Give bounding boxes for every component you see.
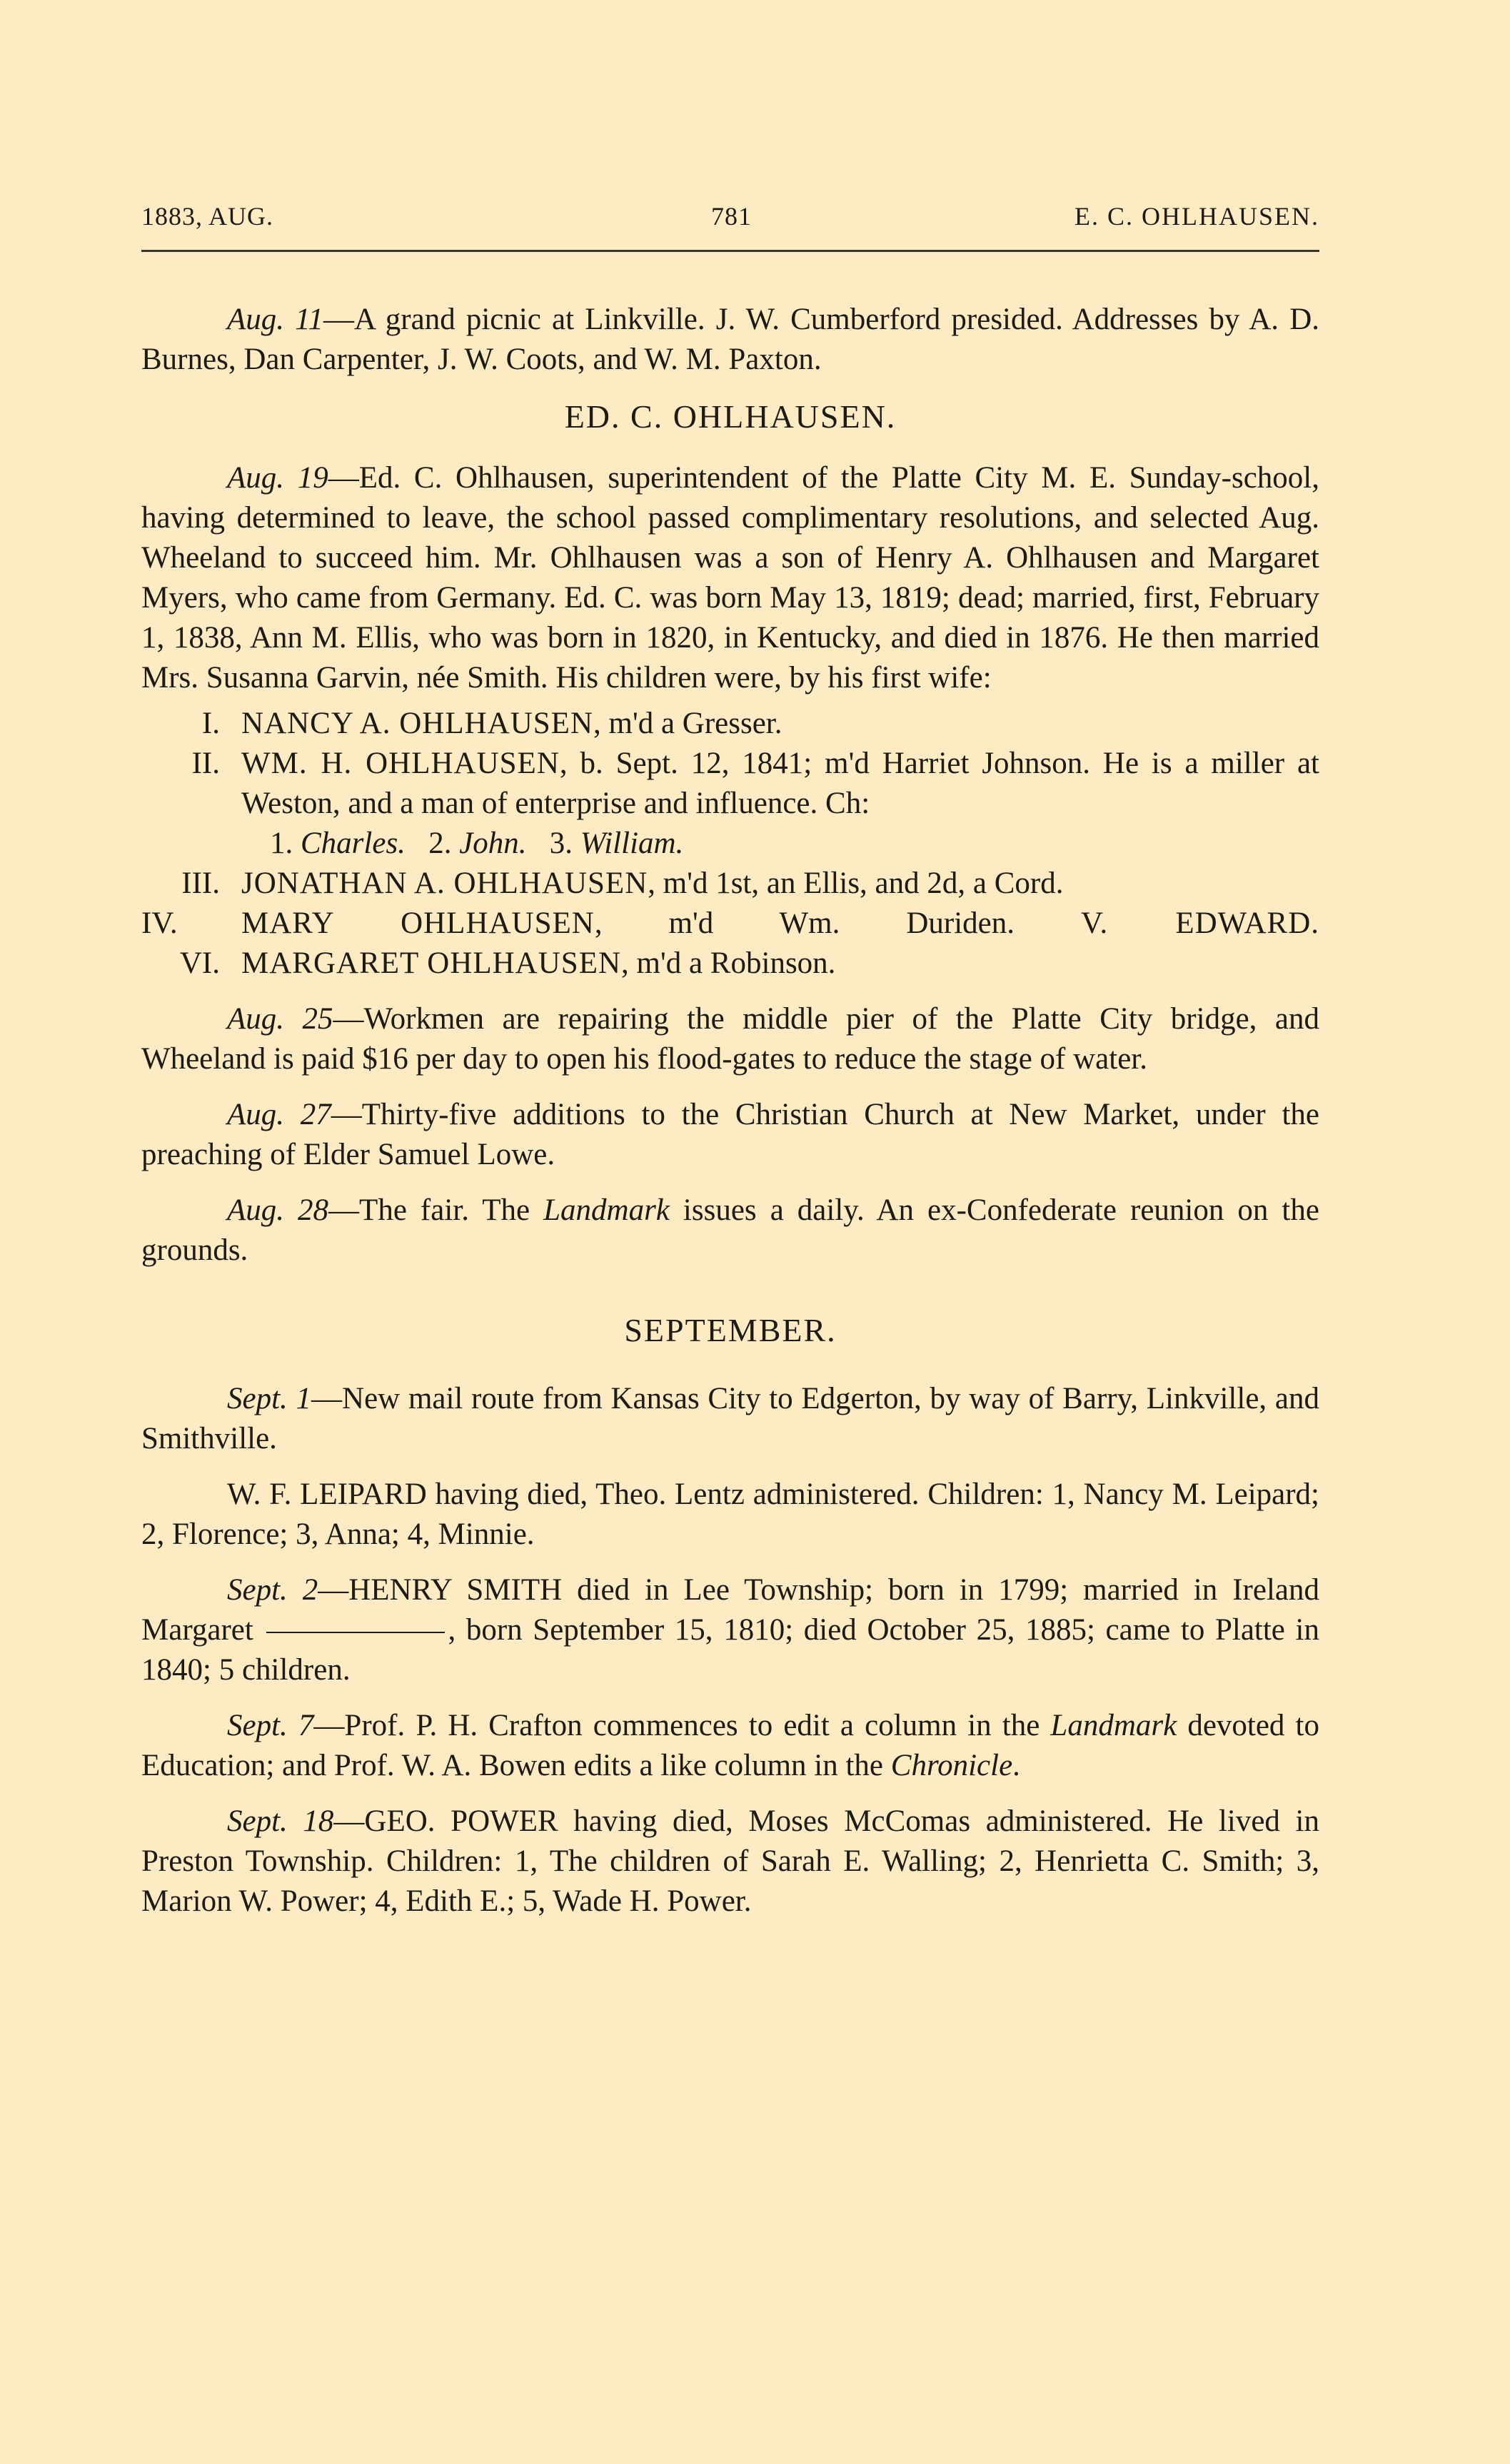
grandchild-number: 3.	[550, 827, 573, 860]
entry-date: Sept. 7	[227, 1709, 313, 1742]
entry-text: —Prof. P. H. Crafton commences to edit a…	[313, 1709, 1050, 1742]
newspaper-title: Chronicle	[891, 1749, 1012, 1782]
child-numeral: IV.	[141, 904, 220, 944]
header-rule	[141, 250, 1319, 252]
child-text: , m'd 1st, an Ellis, and 2d, a Cord.	[648, 867, 1063, 900]
entry-aug-11: Aug. 11—A grand picnic at Linkville. J. …	[141, 300, 1319, 380]
page-body: Aug. 11—A grand picnic at Linkville. J. …	[141, 300, 1319, 1937]
running-head-title: E. C. OHLHAUSEN.	[1074, 201, 1319, 231]
entry-date: Sept. 18	[227, 1804, 333, 1838]
entry-date: Aug. 27	[227, 1098, 331, 1131]
entry-date: Aug. 19	[227, 461, 328, 495]
section-heading-ohlhausen: ED. C. OHLHAUSEN.	[141, 397, 1319, 437]
child-item: II.WM. H. OHLHAUSEN, b. Sept. 12, 1841; …	[141, 744, 1319, 864]
entry-leipard: W. F. LEIPARD having died, Theo. Lentz a…	[141, 1475, 1319, 1555]
child-name: NANCY A. OHLHAUSEN	[241, 707, 593, 740]
entry-aug-19: Aug. 19—Ed. C. Ohlhausen, superintendent…	[141, 458, 1319, 698]
grandchild-name: Charles.	[301, 827, 406, 860]
children-list: I.NANCY A. OHLHAUSEN, m'd a Gresser. II.…	[141, 704, 1319, 984]
child-name: MARGARET OHLHAUSEN	[241, 946, 621, 980]
child-numeral: I.	[141, 704, 220, 744]
entry-text: —New mail route from Kansas City to Edge…	[141, 1382, 1319, 1455]
entry-text: —The fair. The	[328, 1193, 543, 1227]
child-item: VI.MARGARET OHLHAUSEN, m'd a Robinson.	[141, 944, 1319, 984]
entry-aug-25: Aug. 25—Workmen are repairing the middle…	[141, 999, 1319, 1079]
child-numeral: VI.	[141, 944, 220, 984]
child-text: , m'd a Robinson.	[621, 946, 835, 980]
running-head: 1883, AUG. 781 E. C. OHLHAUSEN.	[141, 201, 1319, 237]
child-numeral: III.	[141, 864, 220, 904]
entry-aug-28: Aug. 28—The fair. The Landmark issues a …	[141, 1191, 1319, 1271]
entry-text: .	[1012, 1749, 1020, 1782]
grandchildren-list: 1. Charles. 2. John. 3. William.	[241, 824, 1319, 864]
child-item-edward: V. EDWARD.	[1081, 907, 1319, 940]
entry-sept-18: Sept. 18—GEO. POWER having died, Moses M…	[141, 1802, 1319, 1922]
child-name: MARY OHLHAUSEN	[241, 907, 595, 940]
entry-date: Aug. 11	[227, 303, 323, 336]
child-name: JONATHAN A. OHLHAUSEN	[241, 867, 648, 900]
child-item: I.NANCY A. OHLHAUSEN, m'd a Gresser.	[141, 704, 1319, 744]
entry-sept-1: Sept. 1—New mail route from Kansas City …	[141, 1379, 1319, 1459]
grandchild-number: 1.	[270, 827, 293, 860]
entry-aug-27: Aug. 27—Thirty-five additions to the Chr…	[141, 1095, 1319, 1175]
newspaper-title: Landmark	[543, 1193, 670, 1227]
entry-text: W. F. LEIPARD having died, Theo. Lentz a…	[141, 1478, 1319, 1551]
entry-date: Aug. 25	[227, 1002, 333, 1036]
blank-surname-line	[266, 1632, 445, 1633]
child-item: III.JONATHAN A. OHLHAUSEN, m'd 1st, an E…	[141, 864, 1319, 904]
entry-sept-7: Sept. 7—Prof. P. H. Crafton commences to…	[141, 1706, 1319, 1786]
entry-text: —Ed. C. Ohlhausen, superintendent of the…	[141, 461, 1319, 695]
entry-date: Sept. 1	[227, 1382, 311, 1415]
child-numeral: II.	[141, 744, 220, 784]
child-text: , m'd a Gresser.	[593, 707, 782, 740]
running-head-date: 1883, AUG.	[141, 201, 273, 231]
newspaper-title: Landmark	[1050, 1709, 1177, 1742]
grandchild-name: John.	[459, 827, 526, 860]
page-number: 781	[711, 201, 752, 231]
child-text: , m'd Wm. Duriden.	[595, 907, 1015, 940]
child-item: IV.MARY OHLHAUSEN, m'd Wm. Duriden. V. E…	[141, 904, 1319, 944]
entry-sept-2: Sept. 2—HENRY SMITH died in Lee Township…	[141, 1570, 1319, 1690]
entry-text: , born September 15, 1810; died October …	[141, 1613, 1319, 1687]
grandchild-name: William.	[580, 827, 684, 860]
grandchild-number: 2.	[428, 827, 451, 860]
child-name: WM. H. OHLHAUSEN	[241, 747, 560, 780]
entry-date: Aug. 28	[227, 1193, 328, 1227]
entry-date: Sept. 2	[227, 1573, 318, 1607]
section-heading-september: SEPTEMBER.	[141, 1311, 1319, 1350]
